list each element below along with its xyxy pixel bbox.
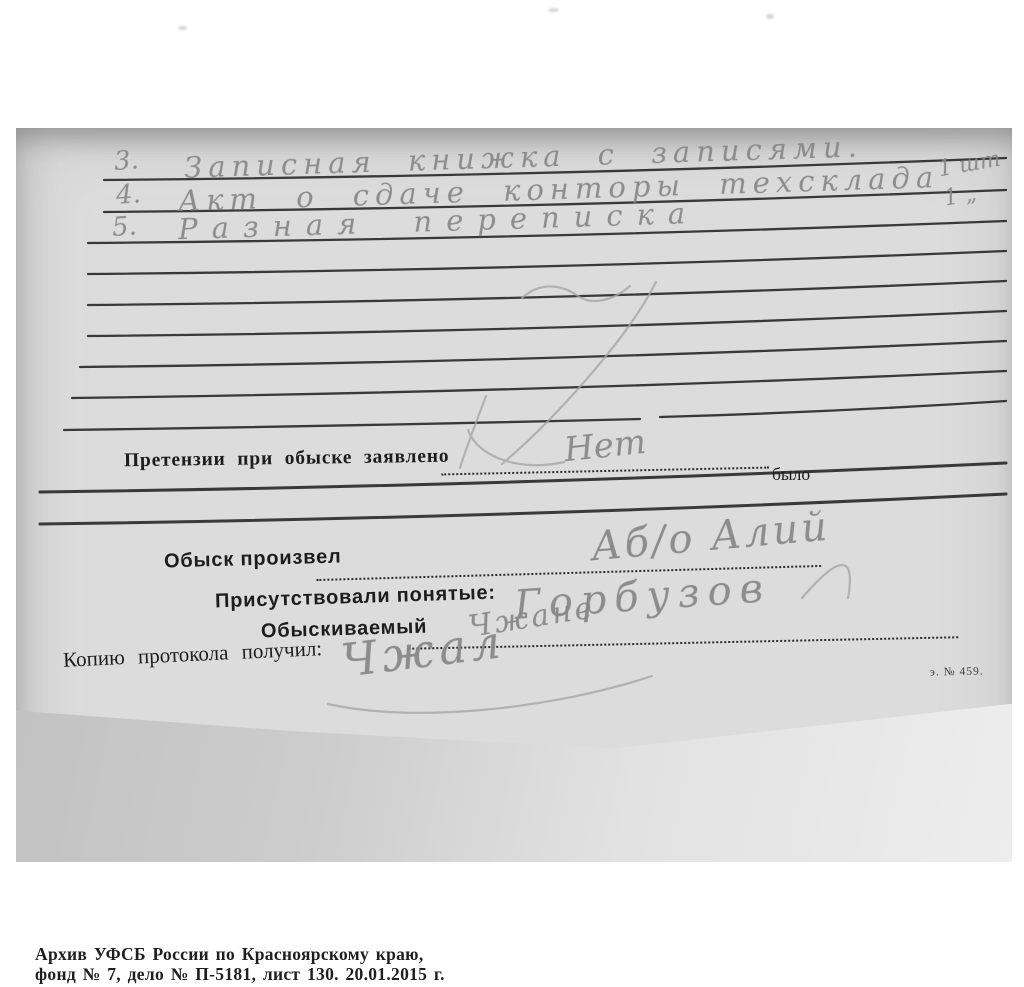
scan-bottom-shading	[16, 690, 1012, 862]
inventory-item-number: 5.	[111, 211, 138, 243]
witnesses-label: Присутствовали понятые:	[215, 582, 496, 614]
form-number: э. № 459.	[930, 666, 984, 679]
inventory-item-number: 3.	[113, 145, 140, 177]
page: 3. Записная книжка с записями. 1 шт 4. А…	[0, 0, 1024, 987]
scanner-speck	[178, 26, 187, 30]
scanner-speck	[548, 8, 559, 12]
inventory-item-number: 4.	[115, 179, 142, 211]
claims-suffix: было	[772, 464, 810, 485]
archive-caption-line1: Архив УФСБ России по Красноярскому краю,	[35, 944, 445, 964]
scanner-speck	[766, 14, 774, 19]
archive-caption-line2: фонд № 7, дело № П-5181, лист 130. 20.01…	[35, 964, 445, 984]
inventory-item-quantity: 1 шт	[936, 147, 1002, 183]
claims-label: Претензии при обыске заявлено	[124, 446, 450, 473]
inventory-item-quantity: 1 „	[942, 181, 978, 211]
archive-caption: Архив УФСБ России по Красноярскому краю,…	[35, 944, 445, 984]
copy-received-label: Копию протокола получил:	[63, 636, 323, 673]
claims-handwritten-answer: Нет	[562, 422, 648, 470]
scanned-document: 3. Записная книжка с записями. 1 шт 4. А…	[16, 128, 1012, 862]
